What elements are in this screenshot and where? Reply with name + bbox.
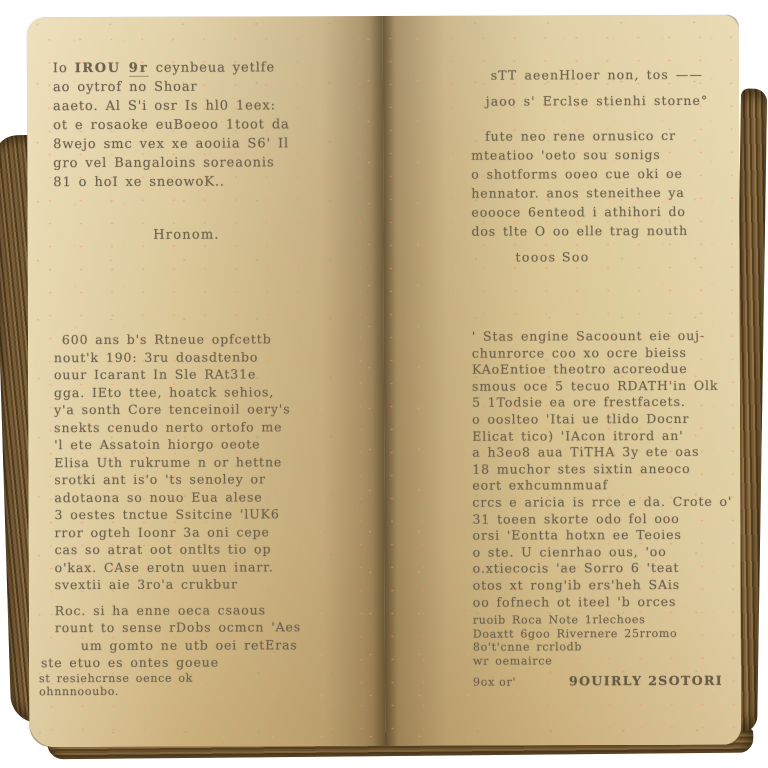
footnote-line: st resiehcrnse oence ok [39, 671, 351, 686]
paragraph-line: 3 oestes tnctue Ssitcine 'lUK6 [54, 505, 350, 524]
paragraph-line: smous oce 5 tecuo RDATH'in Olk [472, 378, 724, 395]
paragraph-line: 'l ete Assatoin hiorgo oeote [54, 435, 350, 454]
underlined-word: 9r [129, 61, 149, 77]
paragraph-line: y'a sonth Core tenceinoil oery's [54, 400, 350, 419]
paragraph-line: ' Stas engine Sacoount eie ouj- [472, 328, 724, 345]
paragraph-line: aaeto. Al S'i osr Is hl0 1eex: [53, 96, 349, 116]
paragraph-line: orsi 'Eontta hotxn ee Teoies [473, 527, 725, 544]
paragraph-line: chunrorce coo xo ocre bieiss [472, 344, 724, 361]
left-page-text: Io IROU 9r ceynbeua yetlfe ao oytrof no … [53, 58, 351, 699]
right-page-text: sTT aeenHloer non, tos ——jaoo s' Erclse … [471, 62, 725, 689]
footnote-line: ohnnnooubo. [39, 684, 351, 699]
paragraph-line: 18 muchor stes sixtin aneoco [472, 461, 724, 478]
paragraph-line: cas so atrat oot ontlts tio op [55, 540, 351, 559]
line-text: Io [53, 61, 75, 76]
paragraph-line: a h3eo8 aua TiTHA 3y ete oas [472, 444, 724, 461]
paragraph-line: srotki ant is'o 'ts senoley or [54, 470, 350, 489]
footnote-line: 8o't'cnne rcrlodb [473, 640, 725, 654]
right-footnote-lines: ruoib Roca Note 1rlechoesDoaxtt 6goo Riv… [473, 613, 725, 668]
header-line: jaoo s' Erclse stienhi storne° [471, 88, 723, 115]
paragraph-line: fute neo rene ornusico cr [471, 126, 723, 146]
paragraph-line: crcs e aricia is rrce e da. Crote o' [472, 494, 724, 511]
footnote-line: ruoib Roca Note 1rlechoes [473, 613, 725, 627]
paragraph-line: ouur Icarant In Sle RAt31e [54, 365, 350, 384]
left-footnote-lines: st resiehcrnse oence okohnnnooubo. [39, 671, 351, 699]
open-book: Io IROU 9r ceynbeua yetlfe ao oytrof no … [1, 7, 764, 762]
paragraph-line: mteatioo 'oeto sou sonigs [471, 145, 723, 165]
paragraph-line: gro vel Bangaloins soreaonis [53, 153, 349, 173]
left-paragraph-3: Roc. si ha enne oeca csaousrount to sens… [55, 601, 351, 672]
paragraph-line: hennator. anos steneithee ya [471, 183, 723, 203]
right-page-footer: 9ox or' 9OUIRLY 2SOTORI [473, 669, 725, 689]
paragraph-line: otos xt rong'ib ers'heh SAis [473, 577, 725, 594]
paragraph-line: rror ogteh Ioonr 3a oni cepe [54, 523, 350, 542]
page-spread: Io IROU 9r ceynbeua yetlfe ao oytrof no … [27, 15, 742, 747]
paragraph-line: adotaona so nouo Eua alese [54, 488, 350, 507]
paragraph-line: 600 ans b's Rtneue opfcettb [54, 330, 350, 349]
paragraph-line: eoooce 6enteod i athihori do [471, 202, 723, 222]
right-page-header: sTT aeenHloer non, tos ——jaoo s' Erclse … [471, 62, 723, 115]
right-paragraph-1: fute neo rene ornusico crmteatioo 'oeto … [471, 126, 723, 241]
paragraph-line: o ste. U cienrhao ous, 'oo [473, 544, 725, 561]
left-page: Io IROU 9r ceynbeua yetlfe ao oytrof no … [27, 16, 386, 747]
paragraph-line: oo fofnech ot iteel 'b orces [473, 593, 725, 610]
paragraph-line: gga. IEto ttee, hoatck sehios, [54, 383, 350, 402]
left-paragraph-1-lines: ao oytrof no Shoaraaeto. Al S'i osr Is h… [53, 77, 349, 192]
paragraph-line: 31 toeen skorte odo fol ooo [472, 510, 724, 527]
paragraph-line: ao oytrof no Shoar [53, 77, 349, 97]
paragraph-line: 5 1Todsie ea ore frestfacets. [472, 394, 724, 411]
paragraph-line: Roc. si ha enne oeca csaous [55, 601, 351, 620]
section-heading: Hronom. [53, 225, 319, 245]
signature-text: 9OUIRLY 2SOTORI [569, 673, 723, 689]
paragraph-line: o ooslteo 'Itai ue tlido Docnr [472, 411, 724, 428]
paragraph-line: snekts cenudo nerto ortofo me [54, 418, 350, 437]
paragraph-line: ste etuo es ontes goeue [41, 653, 351, 672]
footer-note: 9ox or' [473, 676, 516, 689]
paragraph-line: 81 o hoI xe sneowoK.. [53, 172, 349, 192]
paragraph-line: 8wejo smc vex xe aooiia S6' Il [53, 134, 349, 154]
paragraph-line: Elicat tico) 'IAcon itrord an' [472, 427, 724, 444]
paragraph-line: o shotforms ooeo cue oki oe [471, 164, 723, 184]
paragraph-line: ot e rosaoke euBoeoo 1toot da [53, 115, 349, 135]
paragraph-line: KAoEntioe theotro acoreodue [472, 361, 724, 378]
left-paragraph-2: 600 ans b's Rtneue opfcettbnout'k 190: 3… [54, 330, 351, 594]
paragraph-line: Elisa Uth rukrume n or hettne [54, 453, 350, 472]
paragraph-line: dos tlte O oo elle trag nouth [471, 221, 723, 241]
line-text: ceynbeua yetlfe [149, 60, 275, 75]
center-note: tooos Soo [472, 247, 634, 267]
header-line: sTT aeenHloer non, tos —— [471, 62, 723, 89]
left-paragraph-1: Io IROU 9r ceynbeua yetlfe ao oytrof no … [53, 58, 349, 192]
paragraph-line: eort exhcumnmuaf [472, 477, 724, 494]
paragraph-line: o'kax. CAse erotn uuen inarr. [55, 558, 351, 577]
paragraph-line: rount to sense rDobs ocmcn 'Aes [55, 618, 351, 637]
paragraph-line: um gomto ne utb oei retEras [55, 636, 351, 655]
paragraph-line: svextii aie 3ro'a crukbur [55, 575, 351, 594]
footnote-line: wr oemairce [473, 653, 725, 667]
emphasized-word: IROU [75, 61, 129, 76]
right-paragraph-2: ' Stas engine Sacoount eie ouj-chunrorce… [472, 328, 725, 611]
book-photo: Io IROU 9r ceynbeua yetlfe ao oytrof no … [0, 0, 768, 768]
paragraph-line: nout'k 190: 3ru doasdtenbo [54, 348, 350, 367]
paragraph-line: o.xtiecocis 'ae Sorro 6 'teat [473, 560, 725, 577]
paragraph-line: Io IROU 9r ceynbeua yetlfe [53, 58, 349, 78]
footnote-line: Doaxtt 6goo Rivernere 25rromo [473, 626, 725, 640]
right-page: sTT aeenHloer non, tos ——jaoo s' Erclse … [383, 15, 742, 746]
